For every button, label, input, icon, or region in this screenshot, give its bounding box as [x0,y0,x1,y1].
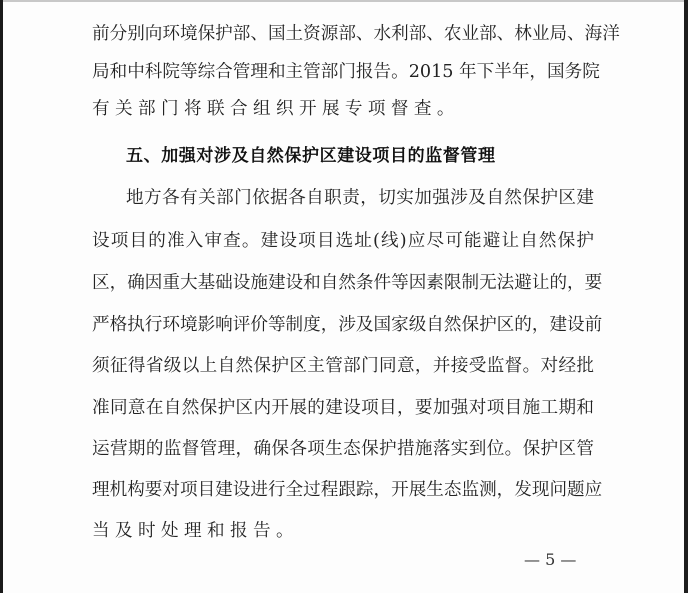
paragraph-line: 严格执行环境影响评价等制度，涉及国家级自然保护区的，建设前 [92,314,594,336]
paragraph-line: 理机构要对项目建设进行全过程跟踪，开展生态监测，发现问题应 [92,479,594,501]
paragraph-line: 前分别向环境保护部、国土资源部、水利部、农业部、林业局、海洋 [92,23,594,45]
paragraph-line: 局和中科院等综合管理和主管部门报告。2015 年下半年，国务院 [92,61,594,83]
scan-right-edge [684,0,688,593]
paragraph-line: 区，确因重大基础设施建设和自然条件等因素限制无法避让的，要 [92,272,594,294]
paragraph-line: 有关部门将联合组织开展专项督查。 [92,98,594,120]
paragraph-line: 运营期的监督管理，确保各项生态保护措施落实到位。保护区管 [92,438,594,460]
paragraph-line: 设项目的准入审查。建设项目选址(线)应尽可能避让自然保护 [92,230,594,252]
paragraph-line: 须征得省级以上自然保护区主管部门同意，并接受监督。对经批 [92,355,594,377]
scan-top-edge [0,0,688,2]
paragraph-line: 当及时处理和报告。 [92,520,594,542]
scan-left-edge [0,0,3,593]
page-number: — 5 — [524,549,576,571]
paragraph-line: 准同意在自然保护区内开展的建设项目，要加强对项目施工期和 [92,397,594,419]
paragraph-line: 地方各有关部门依据各自职责，切实加强涉及自然保护区建 [126,187,594,209]
section-heading: 五、加强对涉及自然保护区建设项目的监督管理 [126,145,496,167]
